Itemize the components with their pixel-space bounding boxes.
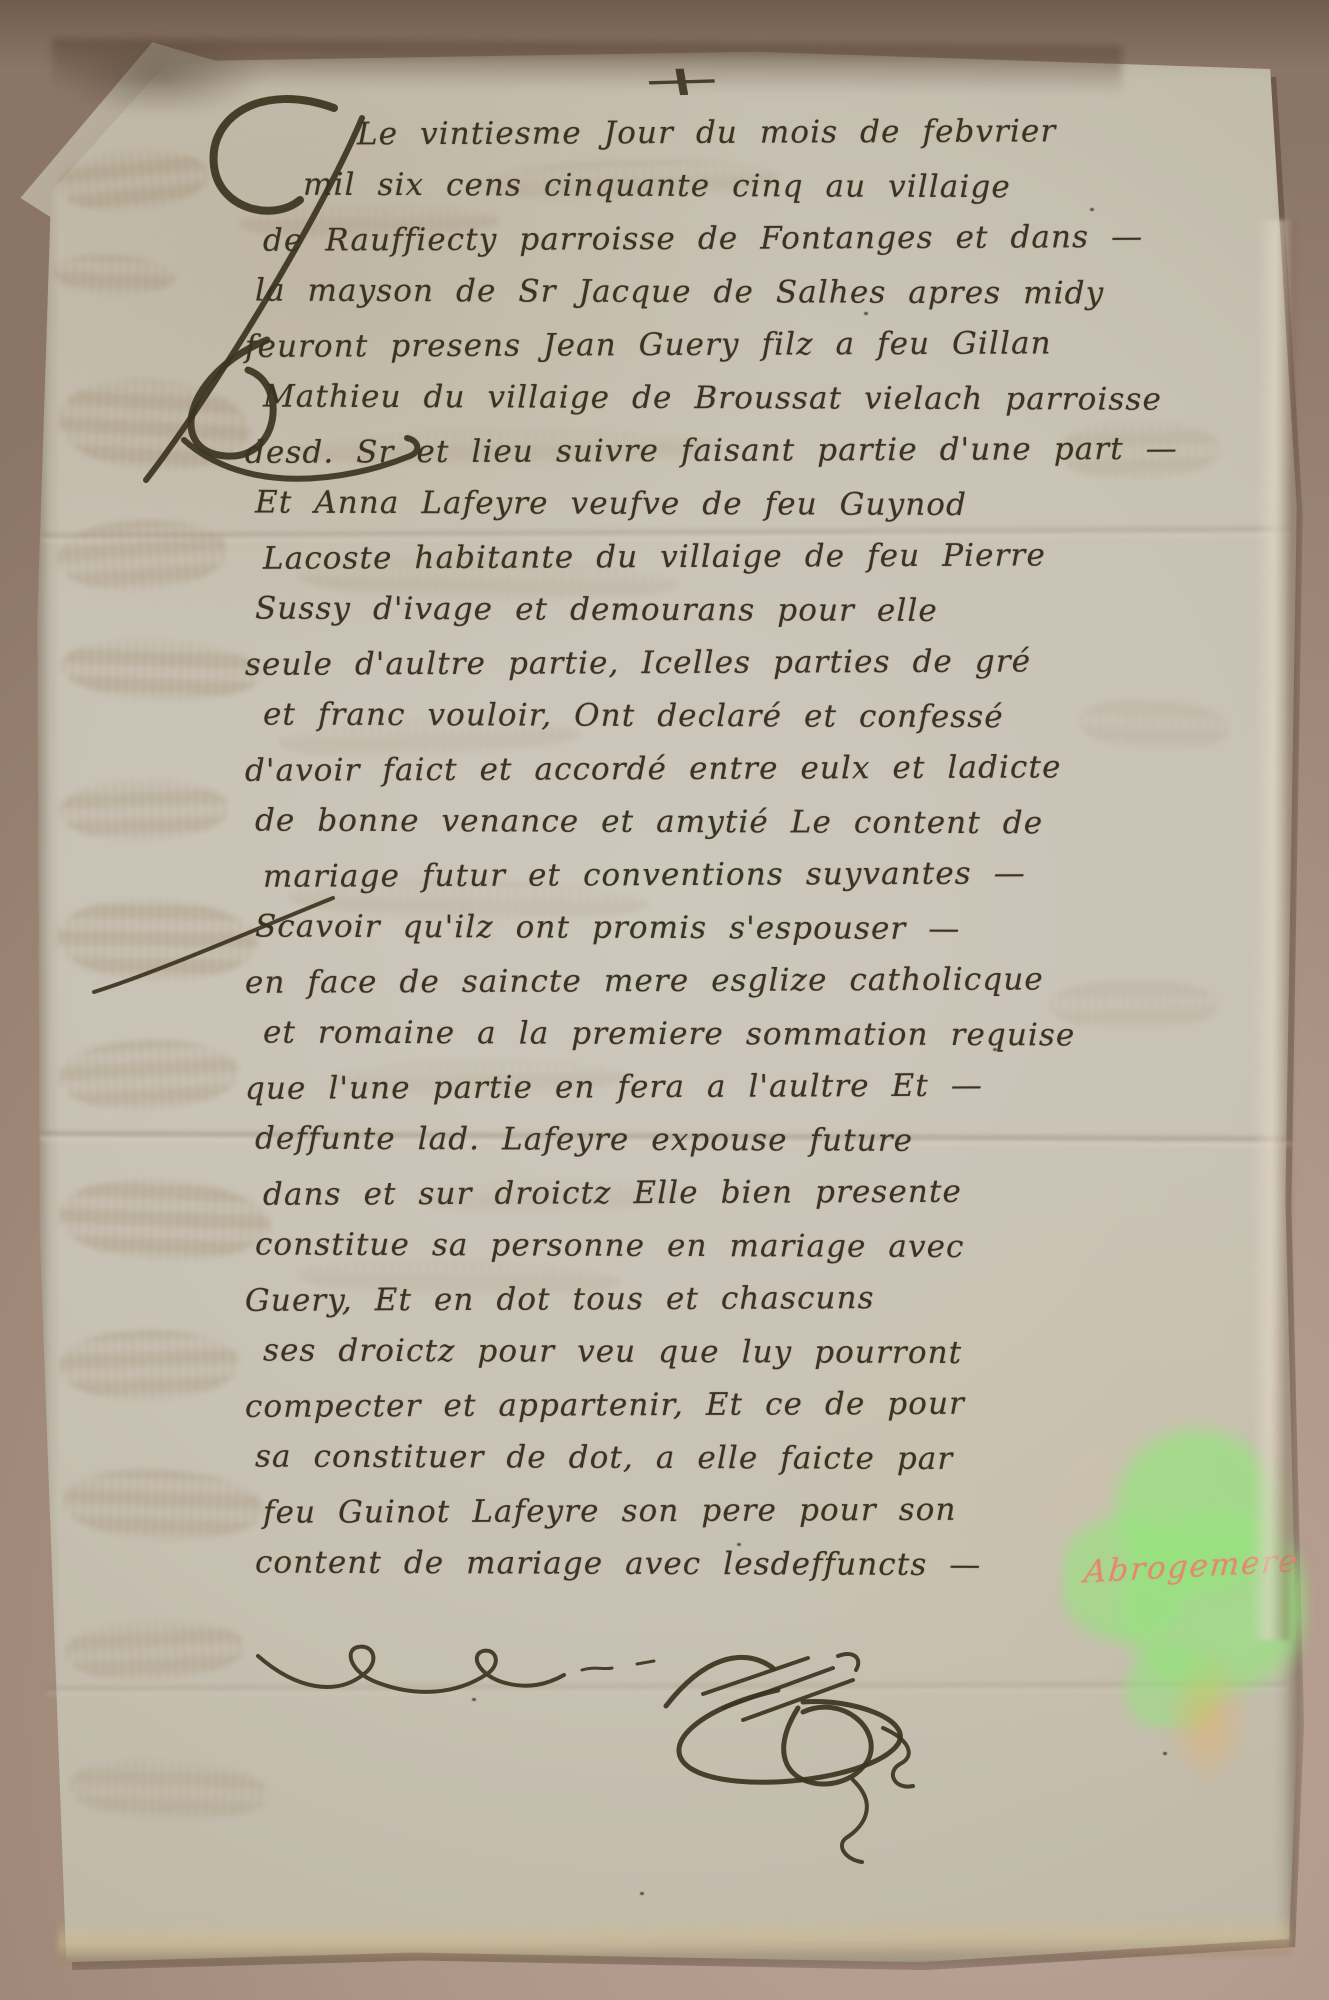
manuscript-line: en face de saincte mere esglize catholic… [245,953,1105,1010]
manuscript-line: feu Guinot Lafeyre son pere pour son [245,1483,1105,1540]
manuscript-line: de Rauffiecty parroisse de Fontanges et … [245,211,1105,268]
ink-speck [864,312,868,315]
manuscript-line: Sussy d'ivage et demourans pour elle [245,582,1105,638]
document-scan: + Le vintiesme Jour du mois de febvrierm… [0,0,1329,2000]
corner-stain [55,36,265,116]
invocation-cross-mark: + [633,55,729,106]
manuscript-line: Guery, Et en dot tous et chascuns [245,1271,1105,1328]
manuscript-line: la mayson de Sr Jacque de Salhes apres m… [245,264,1105,320]
manuscript-line: content de mariage avec lesdeffuncts — [245,1536,1105,1592]
manuscript-line: constitue sa personne en mariage avec [245,1218,1105,1274]
manuscript-line: mariage futur et conventions suyvantes — [245,847,1105,904]
manuscript-line: Le vintiesme Jour du mois de febvrier [245,105,1105,162]
manuscript-line: et franc vouloir, Ont declaré et confess… [245,688,1105,744]
manuscript-line: Mathieu du villaige de Broussat vielach … [245,370,1105,426]
manuscript-line: d'avoir faict et accordé entre eulx et l… [245,741,1105,798]
manuscript-line: et romaine a la premiere sommation requi… [245,1006,1105,1062]
deckled-bottom-edge [58,1913,1290,1961]
manuscript-text-block: Le vintiesme Jour du mois de febvriermil… [245,107,1105,1591]
ink-speck [737,1543,741,1546]
manuscript-line: dans et sur droictz Elle bien presente [245,1165,1105,1222]
ink-speck [1090,208,1094,211]
manuscript-line: deffunte lad. Lafeyre expouse future [245,1112,1105,1168]
ink-speck [993,1048,997,1051]
torn-right-edge [1250,220,1299,1640]
manuscript-line: Et Anna Lafeyre veufve de feu Guynod [245,476,1105,532]
tan-repair-patch [1164,1650,1252,1790]
manuscript-line: de bonne venance et amytié Le content de [245,794,1105,850]
ink-speck [472,1698,476,1701]
manuscript-line: desd. Sr et lieu suivre faisant partie d… [245,423,1105,480]
manuscript-line: Scavoir qu'ilz ont promis s'espouser — [245,900,1105,956]
ink-speck [1163,1752,1167,1755]
manuscript-line: mil six cens cinquante cinq au villaige [245,158,1105,214]
manuscript-line: seule d'aultre partie, Icelles parties d… [245,635,1105,692]
manuscript-line: sa constituer de dot, a elle faicte par [245,1430,1105,1486]
ink-speck [640,1892,644,1895]
manuscript-line: que l'une partie en fera a l'aultre Et — [245,1059,1105,1116]
manuscript-line: compecter et appartenir, Et ce de pour [245,1377,1105,1434]
manuscript-line: feuront presens Jean Guery filz a feu Gi… [245,317,1105,374]
manuscript-line: ses droictz pour veu que luy pourront [245,1324,1105,1380]
manuscript-line: Lacoste habitante du villaige de feu Pie… [245,529,1105,586]
